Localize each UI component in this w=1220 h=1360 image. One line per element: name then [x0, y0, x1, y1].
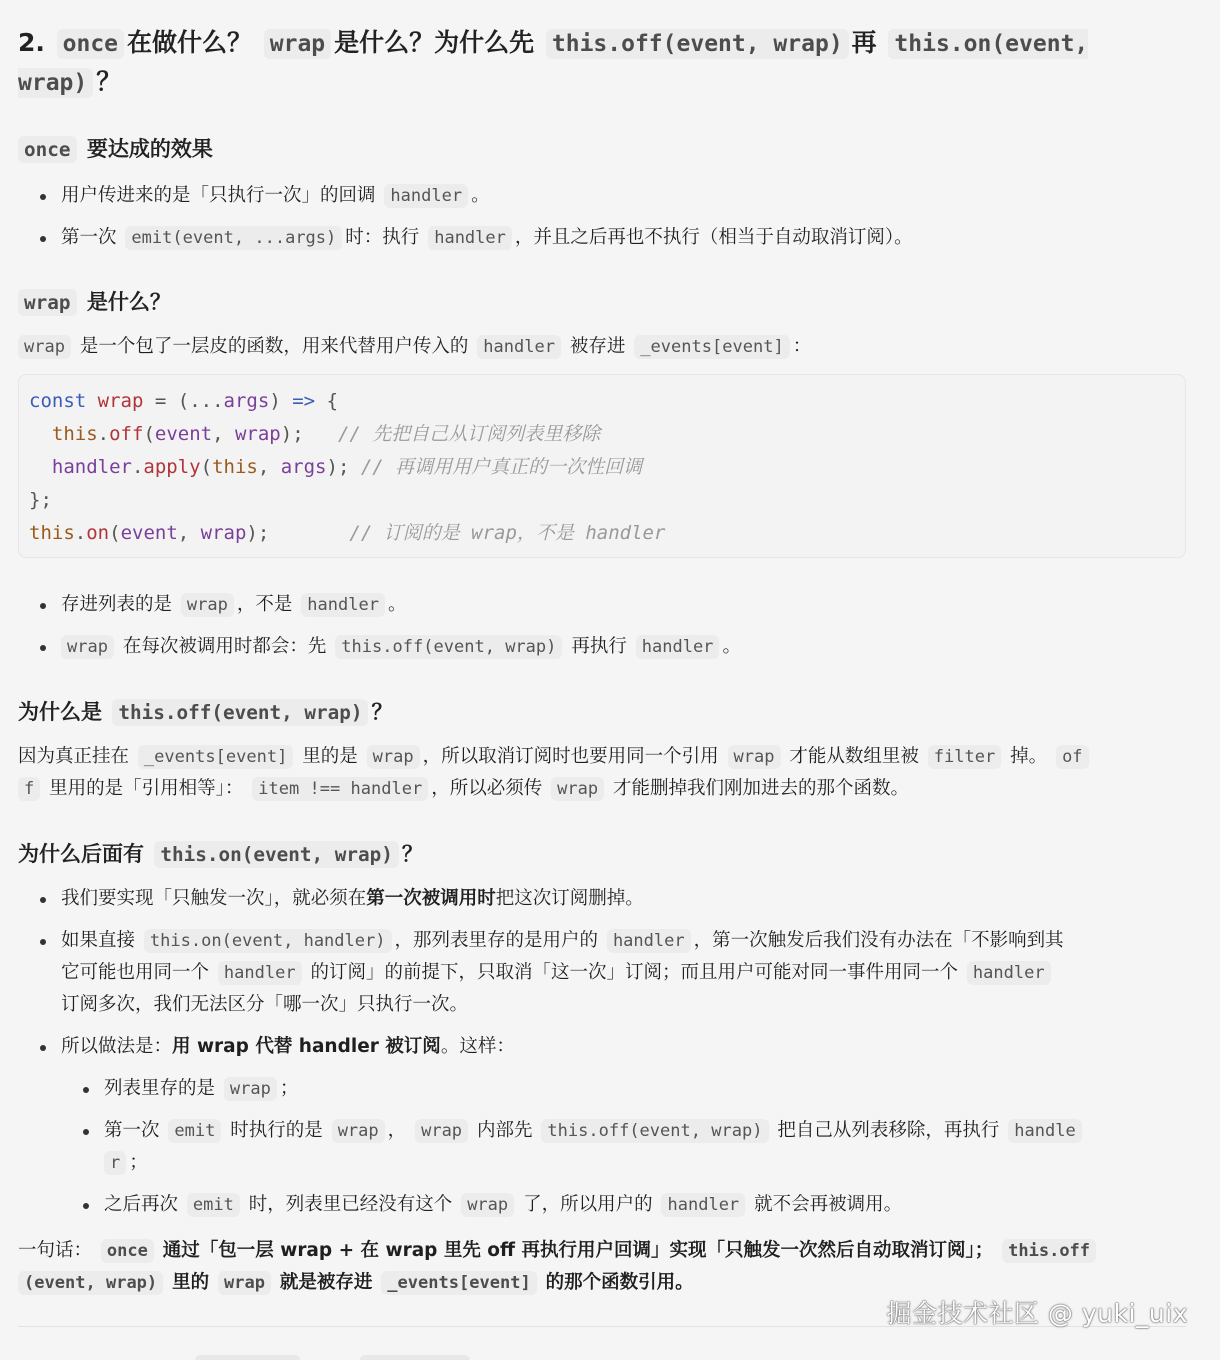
bold-text: 里的 — [172, 1272, 209, 1293]
bold-text: 就是被存进 — [280, 1272, 373, 1293]
text: 订阅多次，我们无法区分「哪一次」只执行一次。 — [61, 994, 468, 1015]
text: 在每次被调用时都会：先 — [123, 636, 327, 657]
text: ； — [280, 1078, 299, 1099]
watermark: 掘金技术社区 @ yuki_uix — [886, 1294, 1188, 1330]
inline-code: this.off — [1002, 1239, 1096, 1263]
heading-text: 为什么后面有 — [18, 842, 144, 866]
heading-why-on: 为什么后面有 this.on(event, wrap)？ — [18, 838, 423, 868]
inline-code: handler — [301, 593, 385, 617]
inline-code: handler — [218, 961, 302, 985]
sub-list: 列表里存的是 wrap； 第一次 emit 时执行的是 wrap， wrap 内… — [61, 1073, 1186, 1221]
code-line: }; — [29, 484, 1175, 517]
inline-code: item !== handler — [252, 777, 428, 801]
text: 用户传进来的是「只执行一次」的回调 — [61, 185, 376, 206]
inline-code: wrap — [218, 1271, 271, 1295]
ghost-button — [360, 1355, 470, 1360]
inline-code: wrap — [728, 745, 781, 769]
inline-code: this.off(event, wrap) — [335, 635, 562, 659]
text: 如果直接 — [61, 930, 135, 951]
text: 。 — [471, 185, 490, 206]
text: 被存进 — [570, 336, 626, 357]
list-item: 所以做法是：用 wrap 代替 handler 被订阅。这样： 列表里存的是 w… — [36, 1031, 1186, 1221]
inline-code: this.on(event, wrap) — [154, 841, 399, 868]
list-item: 之后再次 emit 时，列表里已经没有这个 wrap 了，所以用户的 handl… — [79, 1189, 1186, 1221]
bold-text: 通过「包一层 wrap + 在 wrap 里先 off 再执行用户回调」实现「只… — [163, 1240, 993, 1261]
text: 再执行 — [571, 636, 627, 657]
inline-code: handle — [1008, 1119, 1081, 1143]
code-line: this.on(event, wrap); // 订阅的是 wrap，不是 ha… — [29, 517, 1175, 550]
title-text: 再 — [852, 28, 877, 57]
wrap-description: wrap 是一个包了一层皮的函数，用来代替用户传入的 handler 被存进 _… — [18, 331, 811, 363]
title-text: ？ — [96, 67, 121, 96]
text: ，所以必须传 — [431, 778, 542, 799]
list-item: 存进列表的是 wrap，不是 handler。 — [36, 589, 1186, 621]
text: 内部先 — [477, 1120, 533, 1141]
inline-code: this.on(event, handler) — [144, 929, 392, 953]
inline-code: _events[event] — [634, 335, 789, 359]
section-title: 2. once在做什么？ wrap是什么？为什么先 this.off(event… — [18, 24, 1186, 102]
inline-code: r — [104, 1151, 126, 1175]
text: 了，所以用户的 — [523, 1194, 653, 1215]
text: ，第一次触发后我们没有办法在「不影响到其 — [694, 930, 1064, 951]
text: 第一次 — [104, 1120, 160, 1141]
inline-code: this.off(event, wrap) — [546, 29, 849, 59]
heading-text: 要达成的效果 — [87, 137, 213, 161]
list-item: 如果直接 this.on(event, handler)，那列表里存的是用户的 … — [36, 925, 1186, 1021]
why-on-list: 我们要实现「只触发一次」，就必须在第一次被调用时把这次订阅删掉。 如果直接 th… — [36, 883, 1186, 1231]
text: 第一次 — [61, 227, 117, 248]
inline-code: handler — [477, 335, 561, 359]
list-item: 用户传进来的是「只执行一次」的回调 handler。 — [36, 180, 1186, 212]
once-effect-list: 用户传进来的是「只执行一次」的回调 handler。 第一次 emit(even… — [36, 180, 1186, 254]
inline-code: of — [1056, 745, 1089, 769]
text: 的订阅」的前提下，只取消「这一次」订阅；而且用户可能对同一事件用同一个 — [311, 962, 959, 983]
list-item: wrap 在每次被调用时都会：先 this.off(event, wrap) 再… — [36, 631, 1186, 663]
inline-code: wrap — [61, 635, 114, 659]
inline-code: emit — [168, 1119, 221, 1143]
inline-code: handler — [967, 961, 1051, 985]
inline-code: handler — [384, 184, 468, 208]
bold-text: 的那个函数引用。 — [546, 1272, 694, 1293]
inline-code: wrap — [367, 745, 420, 769]
text: 就不会再被调用。 — [754, 1194, 902, 1215]
title-text: 是什么？为什么先 — [334, 28, 534, 57]
text: 才能删掉我们刚加进去的那个函数。 — [613, 778, 909, 799]
text: ，所以取消订阅时也要用同一个引用 — [423, 746, 719, 767]
summary-paragraph: 一句话： once 通过「包一层 wrap + 在 wrap 里先 off 再执… — [18, 1235, 1186, 1299]
inline-code: filter — [928, 745, 1001, 769]
inline-code: wrap — [264, 29, 331, 59]
inline-code: wrap — [415, 1119, 468, 1143]
inline-code: this.off(event, wrap) — [541, 1119, 768, 1143]
text: 。这样： — [441, 1036, 515, 1057]
text: 里用的是「引用相等」： — [49, 778, 243, 799]
text: 之后再次 — [104, 1194, 178, 1215]
text: 。 — [722, 636, 741, 657]
code-comment: // 先把自己从订阅列表里移除 — [338, 423, 600, 445]
heading-once-effect: once 要达成的效果 — [18, 133, 213, 163]
heading-text: ？ — [371, 700, 392, 724]
text: 是一个包了一层皮的函数，用来代替用户传入的 — [80, 336, 469, 357]
inline-code: handler — [636, 635, 720, 659]
code-comment: // 再调用用户真正的一次性回调 — [361, 456, 642, 478]
text: 时，列表里已经没有这个 — [249, 1194, 453, 1215]
inline-code: wrap — [18, 289, 77, 316]
inline-code: f — [18, 777, 40, 801]
text: 因为真正挂在 — [18, 746, 129, 767]
text: 时执行的是 — [230, 1120, 323, 1141]
text: 。 — [388, 594, 407, 615]
inline-code: wrap — [18, 335, 71, 359]
list-item: 我们要实现「只触发一次」，就必须在第一次被调用时把这次订阅删掉。 — [36, 883, 1186, 915]
text: 时：执行 — [345, 227, 419, 248]
inline-code: emit(event, ...args) — [125, 226, 342, 250]
code-comment: // 订阅的是 wrap，不是 handler — [349, 522, 665, 544]
text: 所以做法是： — [61, 1036, 172, 1057]
inline-code: wrap — [181, 593, 234, 617]
heading-text: ？ — [402, 842, 423, 866]
inline-code: once — [57, 29, 124, 59]
text: ，并且之后再也不执行（相当于自动取消订阅）。 — [515, 227, 913, 248]
inline-code: this.off(event, wrap) — [112, 699, 368, 726]
inline-code: (event, wrap) — [18, 1271, 163, 1295]
text: ； — [129, 1152, 148, 1173]
text: 列表里存的是 — [104, 1078, 215, 1099]
inline-code: once — [101, 1239, 154, 1263]
inline-code: handler — [661, 1193, 745, 1217]
code-block[interactable]: const wrap = (...args) => { this.off(eve… — [18, 374, 1186, 558]
text: 把这次订阅删掉。 — [496, 888, 644, 909]
text: ，那列表里存的是用户的 — [395, 930, 599, 951]
list-item: 列表里存的是 wrap； — [79, 1073, 1186, 1105]
list-item: 第一次 emit(event, ...args)时：执行 handler，并且之… — [36, 222, 1186, 254]
list-item: 第一次 emit 时执行的是 wrap， wrap 内部先 this.off(e… — [79, 1115, 1186, 1179]
text: ，不是 — [237, 594, 293, 615]
wrap-list: 存进列表的是 wrap，不是 handler。 wrap 在每次被调用时都会：先… — [36, 589, 1186, 663]
inline-code: once — [18, 136, 77, 163]
code-line: handler.apply(this, args); // 再调用用户真正的一次… — [29, 451, 1175, 484]
text: 一句话： — [18, 1240, 92, 1261]
inline-code: handler — [428, 226, 512, 250]
text: 存进列表的是 — [61, 594, 172, 615]
inline-code: wrap — [551, 777, 604, 801]
inline-code: wrap — [224, 1077, 277, 1101]
inline-code: _events[event] — [381, 1271, 536, 1295]
heading-why-off: 为什么是 this.off(event, wrap)？ — [18, 696, 392, 726]
text: ： — [793, 336, 812, 357]
title-text: 在做什么？ — [127, 28, 252, 57]
text: 把自己从列表移除，再执行 — [777, 1120, 999, 1141]
heading-wrap-what: wrap 是什么？ — [18, 286, 171, 316]
bold-text: 用 wrap 代替 handler 被订阅 — [172, 1036, 441, 1057]
title-number: 2. — [18, 28, 45, 57]
text: 掉。 — [1010, 746, 1047, 767]
text: 我们要实现「只触发一次」，就必须在 — [61, 888, 366, 909]
ghost-button — [195, 1355, 300, 1360]
inline-code: handler — [607, 929, 691, 953]
code-line: this.off(event, wrap); // 先把自己从订阅列表里移除 — [29, 418, 1175, 451]
why-off-paragraph: 因为真正挂在 _events[event] 里的是 wrap，所以取消订阅时也要… — [18, 741, 1186, 805]
code-line: const wrap = (...args) => { — [29, 385, 1175, 418]
text: 才能从数组里被 — [789, 746, 919, 767]
text: 它可能也用同一个 — [61, 962, 209, 983]
text: ， — [388, 1120, 407, 1141]
inline-code: wrap — [461, 1193, 514, 1217]
text: 里的是 — [302, 746, 358, 767]
inline-code: _events[event] — [138, 745, 293, 769]
inline-code: emit — [187, 1193, 240, 1217]
heading-text: 为什么是 — [18, 700, 102, 724]
inline-code: wrap — [332, 1119, 385, 1143]
bold-text: 第一次被调用时 — [366, 888, 496, 909]
heading-text: 是什么？ — [87, 290, 171, 314]
